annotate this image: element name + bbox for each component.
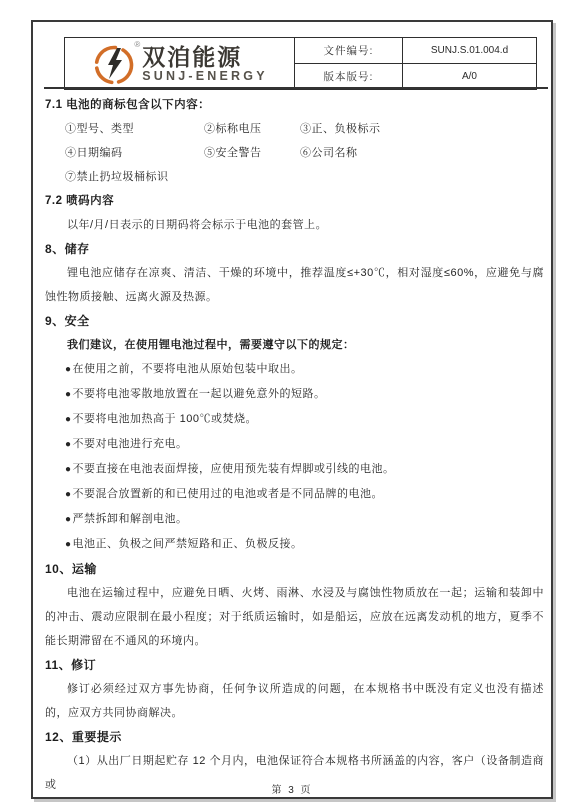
bullet-item: 不要对电池进行充电。: [45, 432, 544, 457]
header-divider: [44, 87, 548, 89]
page-number: 第 3 页: [33, 781, 551, 796]
section-heading: 9、安全: [45, 309, 544, 333]
label-grid-row: ①型号、类型②标称电压③正、负极标示: [45, 117, 544, 141]
section-heading: 11、修订: [45, 653, 544, 677]
section-heading: 10、运输: [45, 557, 544, 581]
label-grid-row: ⑦禁止扔垃圾桶标识: [45, 165, 544, 189]
section-heading: 12、重要提示: [45, 725, 544, 749]
bullet-item: 在使用之前，不要将电池从原始包装中取出。: [45, 357, 544, 382]
logo-english-name: SUNJ-ENERGY: [142, 69, 268, 83]
version-label: 版本版号:: [295, 64, 403, 89]
version-value: A/0: [403, 64, 536, 89]
bullet-item: 电池正、负极之间严禁短路和正、负极反接。: [45, 532, 544, 557]
grid-label: ④日期编码: [65, 141, 204, 165]
label-grid-row: ④日期编码⑤安全警告⑥公司名称: [45, 141, 544, 165]
document-page: ® 双洎能源 SUNJ-ENERGY 文件编号: SUNJ.S.01.004.d…: [31, 20, 553, 799]
lightning-circle-logo-icon: ®: [91, 41, 137, 87]
document-meta: 文件编号: SUNJ.S.01.004.d 版本版号: A/0: [295, 38, 536, 89]
document-body: 7.1 电池的商标包含以下内容：①型号、类型②标称电压③正、负极标示④日期编码⑤…: [45, 93, 544, 797]
subsection-heading: 7.2 喷码内容: [45, 189, 544, 213]
bullet-item: 不要将电池加热高于 100℃或焚烧。: [45, 407, 544, 432]
company-logo: ® 双洎能源 SUNJ-ENERGY: [65, 38, 295, 89]
grid-label: ③正、负极标示: [300, 117, 381, 141]
grid-label: ⑥公司名称: [300, 141, 358, 165]
paragraph: 修订必须经过双方事先协商，任何争议所造成的问题，在本规格书中既没有定义也没有描述…: [45, 677, 544, 725]
meta-row-version: 版本版号: A/0: [295, 63, 536, 89]
logo-chinese-name: 双洎能源: [142, 45, 242, 69]
paragraph: 电池在运输过程中，应避免日晒、火烤、雨淋、水浸及与腐蚀性物质放在一起；运输和装卸…: [45, 581, 544, 653]
logo-text: 双洎能源 SUNJ-ENERGY: [142, 45, 268, 83]
grid-label: ⑤安全警告: [204, 141, 300, 165]
bullet-item: 不要混合放置新的和已使用过的电池或者是不同品牌的电池。: [45, 482, 544, 507]
subsection-heading: 7.1 电池的商标包含以下内容：: [45, 93, 544, 117]
document-header-table: ® 双洎能源 SUNJ-ENERGY 文件编号: SUNJ.S.01.004.d…: [64, 37, 537, 90]
section-heading: 8、储存: [45, 237, 544, 261]
bullet-item: 严禁拆卸和解剖电池。: [45, 507, 544, 532]
paragraph: 锂电池应储存在凉爽、清洁、干燥的环境中，推荐温度≤+30℃，相对湿度≤60%，应…: [45, 261, 544, 309]
grid-label: ①型号、类型: [65, 117, 204, 141]
registered-mark: ®: [134, 40, 140, 49]
bullet-item: 不要将电池零散地放置在一起以避免意外的短路。: [45, 382, 544, 407]
doc-number-value: SUNJ.S.01.004.d: [403, 38, 536, 63]
bullet-item: 不要直接在电池表面焊接，应使用预先装有焊脚或引线的电池。: [45, 457, 544, 482]
meta-row-doc-number: 文件编号: SUNJ.S.01.004.d: [295, 38, 536, 63]
grid-label: ⑦禁止扔垃圾桶标识: [65, 165, 204, 189]
grid-label: ②标称电压: [204, 117, 300, 141]
paragraph-bold: 我们建议，在使用锂电池过程中，需要遵守以下的规定：: [45, 333, 544, 357]
doc-number-label: 文件编号:: [295, 38, 403, 63]
paragraph: 以年/月/日表示的日期码将会标示于电池的套管上。: [45, 213, 544, 237]
